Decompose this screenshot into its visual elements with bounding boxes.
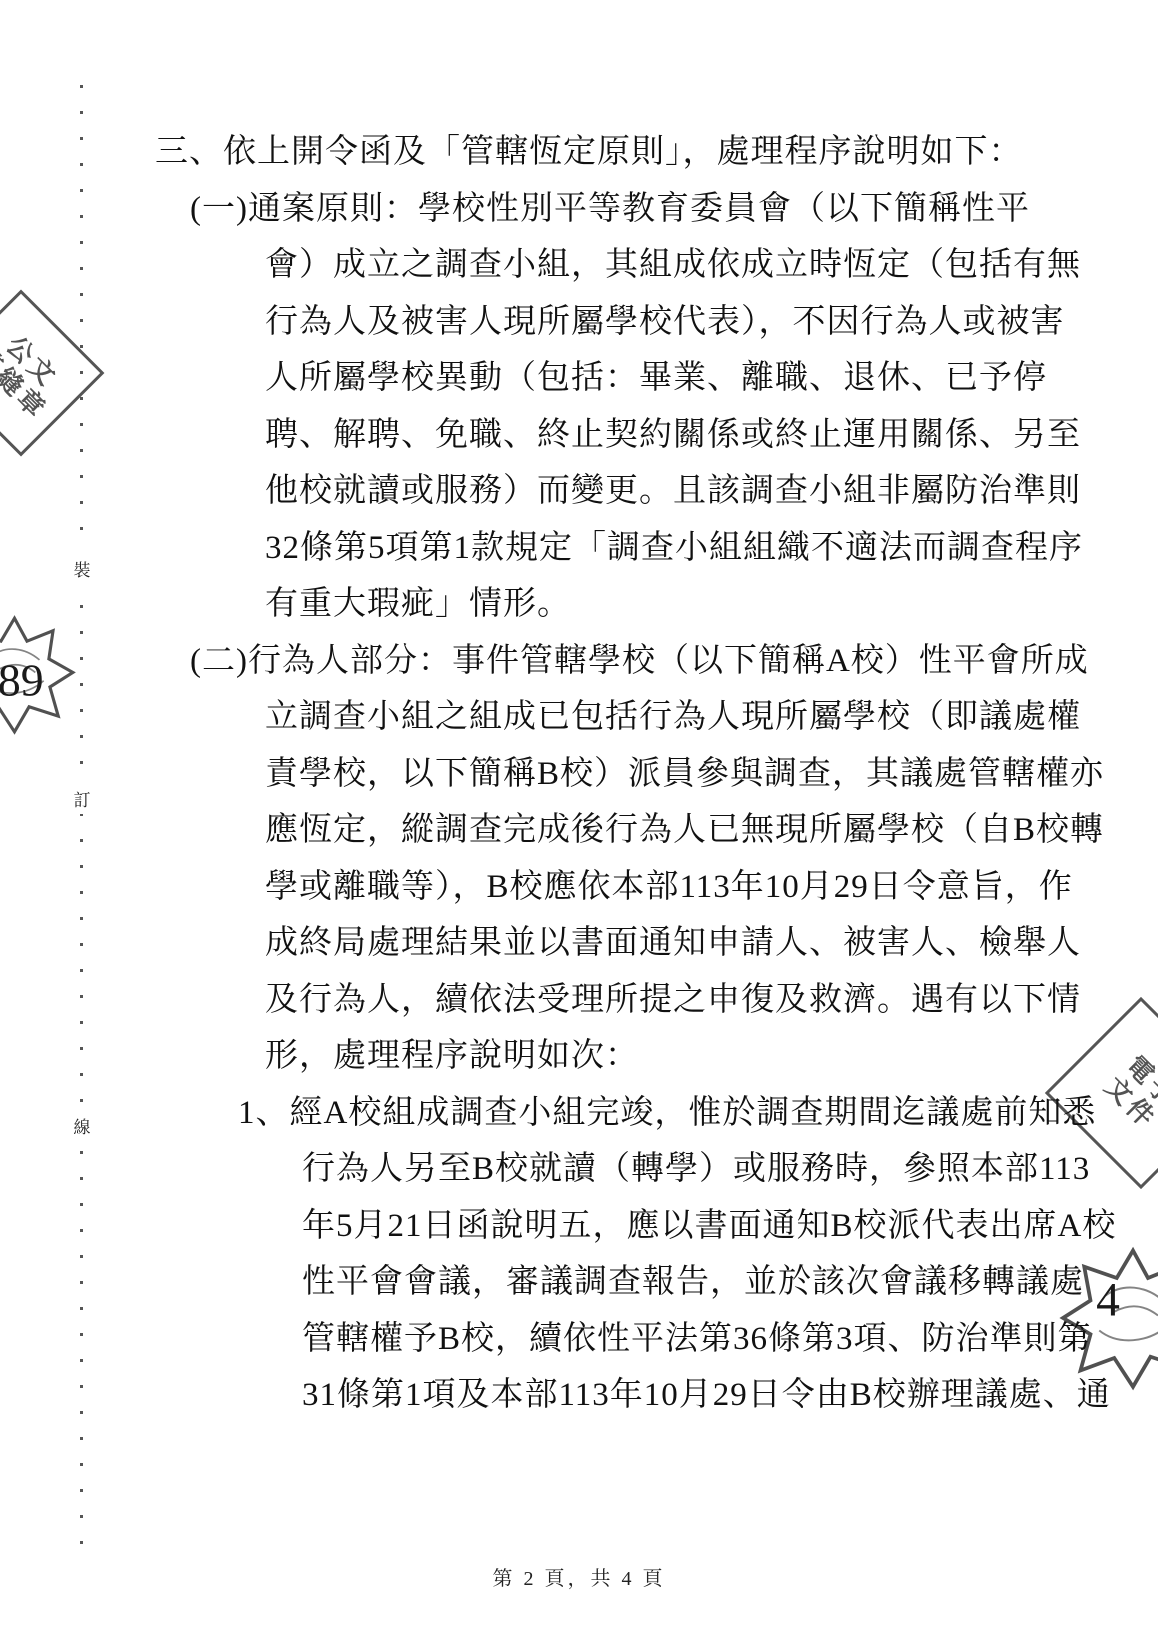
text-line: 1、經A校組成調查小組完竣，惟於調查期間迄議處前知悉 (0, 1085, 1158, 1142)
body-text: 三、依上開令函及「管轄恆定原則」，處理程序說明如下： (一)通案原則：學校性別平… (0, 124, 1158, 1424)
text-line: 人所屬學校異動（包括：畢業、離職、退休、已予停 (0, 350, 1158, 407)
text-line: 會）成立之調查小組，其組成依成立時恆定（包括有無 (0, 237, 1158, 294)
text-line: 年5月21日函說明五，應以書面通知B校派代表出席A校 (0, 1198, 1158, 1255)
text-line: (一)通案原則：學校性別平等教育委員會（以下簡稱性平 (0, 181, 1158, 238)
text-line: 及行為人，續依法受理所提之申復及救濟。遇有以下情 (0, 972, 1158, 1029)
page-footer: 第 2 頁，共 4 頁 (0, 1562, 1158, 1591)
text-line: (二)行為人部分：事件管轄學校（以下簡稱A校）性平會所成 (0, 633, 1158, 690)
text-line: 31條第1項及本部113年10月29日令由B校辦理議處、通 (0, 1367, 1158, 1424)
text-line: 三、依上開令函及「管轄恆定原則」，處理程序說明如下： (0, 124, 1158, 181)
text-line: 32條第5項第1款規定「調查小組組織不適法而調查程序 (0, 520, 1158, 577)
text-line: 立調查小組之組成已包括行為人現所屬學校（即議處權 (0, 689, 1158, 746)
text-line: 聘、解聘、免職、終止契約關係或終止運用關係、另至 (0, 407, 1158, 464)
text-line: 行為人及被害人現所屬學校代表），不因行為人或被害 (0, 294, 1158, 351)
text-line: 有重大瑕疵」情形。 (0, 576, 1158, 633)
text-line: 責學校，以下簡稱B校）派員參與調查，其議處管轄權亦 (0, 746, 1158, 803)
text-line: 形，處理程序說明如次： (0, 1028, 1158, 1085)
text-line: 應恆定，縱調查完成後行為人已無現所屬學校（自B校轉 (0, 802, 1158, 859)
text-line: 學或離職等），B校應依本部113年10月29日令意旨，作 (0, 859, 1158, 916)
text-line: 行為人另至B校就讀（轉學）或服務時，參照本部113 (0, 1141, 1158, 1198)
document-page: 裝 訂 線 公文 騎縫章 電子 文件 89 4 三、依上開令函及「管轄恆定原則」… (0, 0, 1158, 1649)
text-line: 性平會會議，審議調查報告，並於該次會議移轉議處 (0, 1254, 1158, 1311)
text-line: 管轄權予B校，續依性平法第36條第3項、防治準則第 (0, 1311, 1158, 1368)
text-line: 他校就讀或服務）而變更。且該調查小組非屬防治準則 (0, 463, 1158, 520)
text-line: 成終局處理結果並以書面通知申請人、被害人、檢舉人 (0, 915, 1158, 972)
